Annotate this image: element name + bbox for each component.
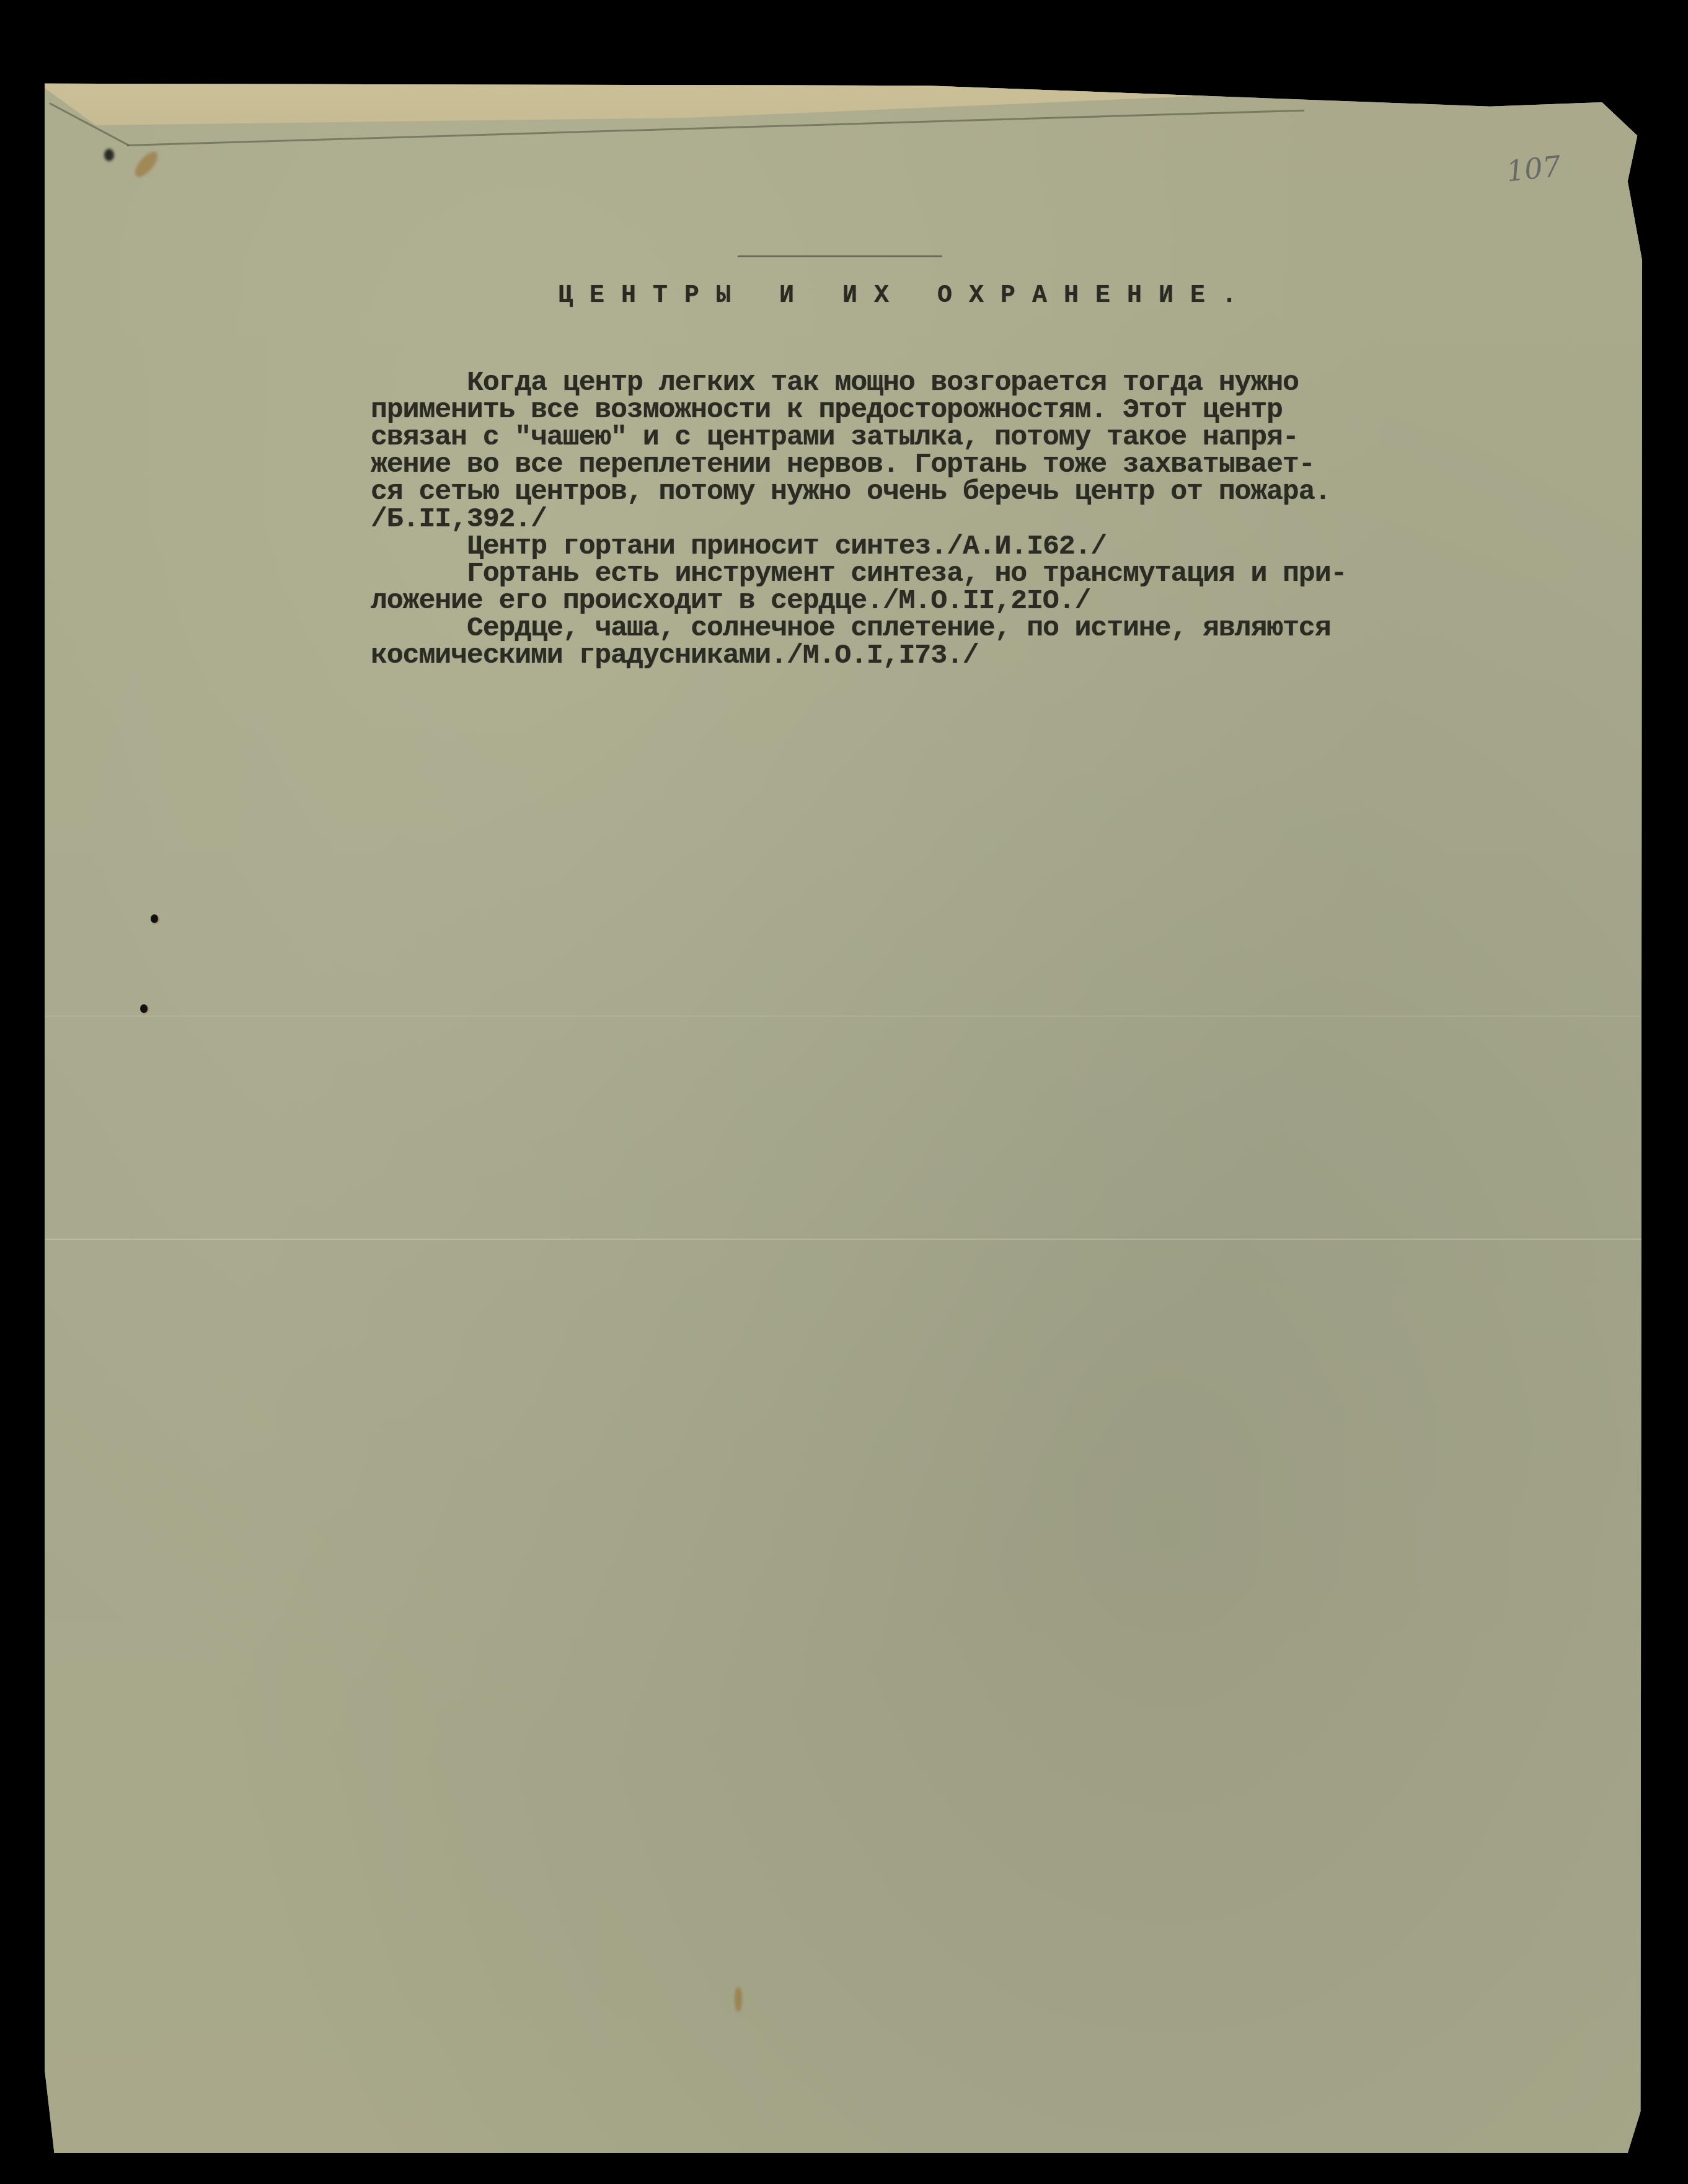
punch-hole [151,914,158,923]
folded-top-edge [45,73,1650,148]
paragraph: Когда центр легких так мощно возгорается… [371,369,1462,533]
text-line: Когда центр легких так мощно возгорается… [371,369,1462,397]
text-line: ложение его происходит в сердце./М.О.II,… [371,588,1462,615]
paragraph: Сердце, чаша, солнечное сплетение, по ис… [371,615,1462,670]
text-line: Сердце, чаша, солнечное сплетение, по ис… [371,615,1462,642]
text-line: применить все возможности к предосторожн… [371,397,1462,424]
ink-blot [104,149,114,161]
handwritten-folio-number: 107 [1505,149,1562,188]
paragraph: Гортань есть инструмент синтеза, но тран… [371,560,1462,615]
horizontal-crease [45,1239,1650,1240]
horizontal-crease [45,1015,1650,1017]
rust-stain [735,1987,742,2012]
text-line: космическими градусниками./М.О.I,I73./ [371,642,1462,670]
document-title: ЦЕНТРЫ И ИХ ОХРАНЕНИЕ. [558,282,1253,310]
title-rule [738,255,942,257]
text-line: связан с "чашею" и с центрами затылка, п… [371,424,1462,451]
punch-hole [140,1004,148,1013]
text-line: жение во все переплетении нервов. Гортан… [371,451,1462,479]
text-line: ся сетью центров, потому нужно очень бер… [371,479,1462,506]
paragraph: Центр гортани приносит синтез./А.И.I62./ [371,533,1462,560]
citation-line: /Б.II,392./ [371,506,1462,533]
text-line: Гортань есть инструмент синтеза, но тран… [371,560,1462,588]
document-body: Когда центр легких так мощно возгорается… [371,369,1462,670]
text-line: Центр гортани приносит синтез./А.И.I62./ [371,533,1462,560]
